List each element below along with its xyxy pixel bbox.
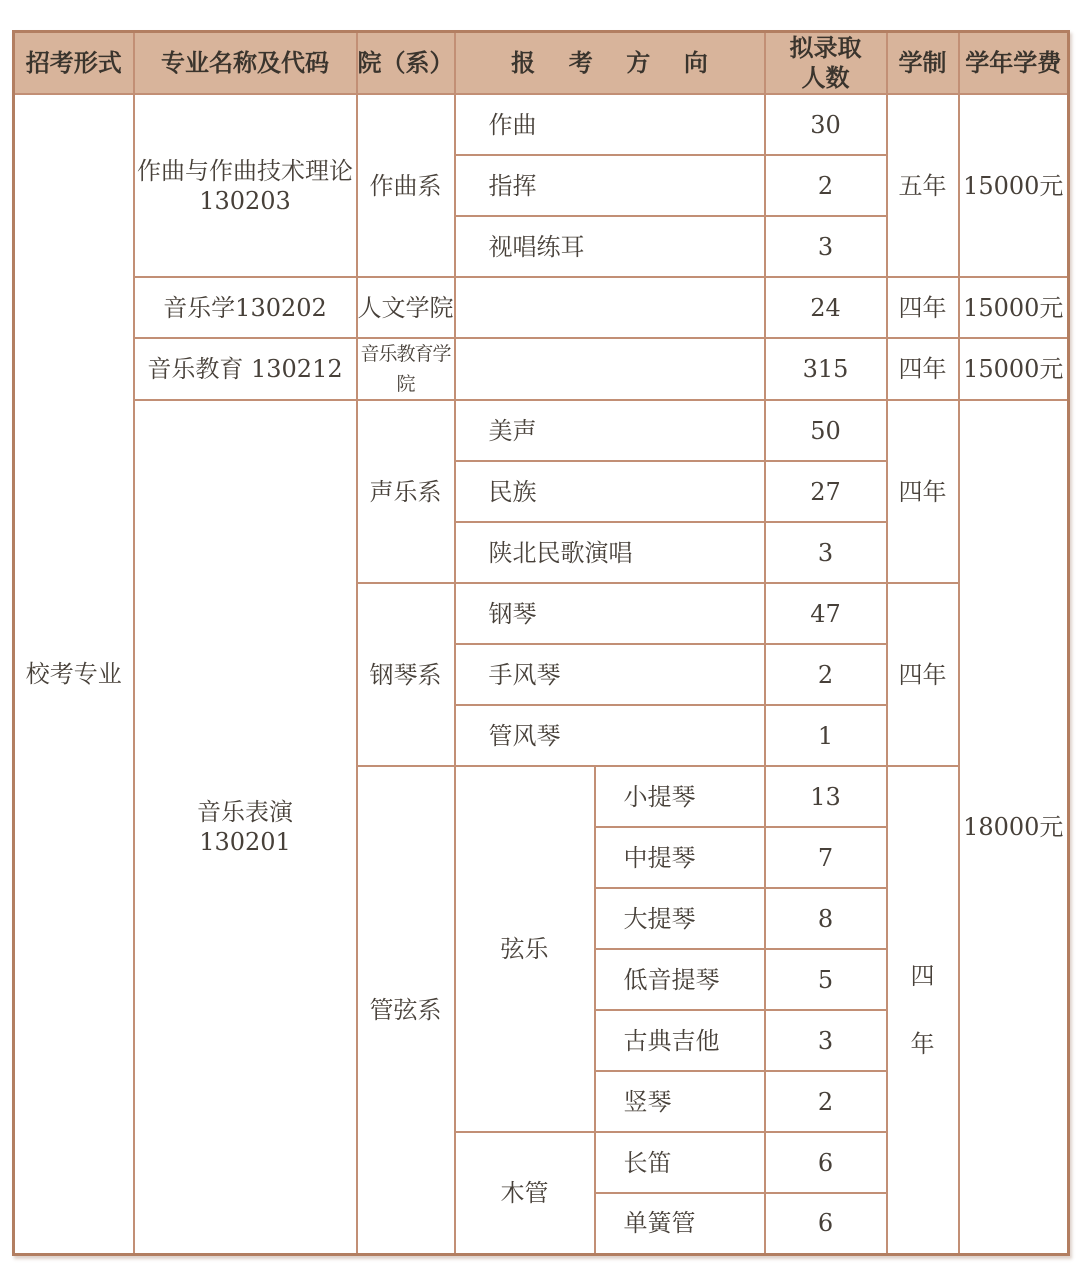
- table-row: 音乐表演 130201 声乐系 美声 50 四年 18000元: [14, 400, 1069, 461]
- table-row: 音乐学130202 人文学院 24 四年 15000元: [14, 277, 1069, 338]
- header-direction-label: 报考方向: [511, 49, 741, 77]
- cell-major-music-education: 音乐教育 130212: [134, 338, 357, 400]
- header-admission-form: 招考形式: [14, 32, 134, 95]
- cell-count: 315: [765, 338, 887, 400]
- cell-direction: 美声: [455, 400, 765, 461]
- table-row: 音乐教育 130212 音乐教育学院 315 四年 15000元: [14, 338, 1069, 400]
- cell-count: 27: [765, 461, 887, 522]
- header-tuition: 学年学费: [959, 32, 1069, 95]
- cell-direction: 低音提琴: [595, 949, 765, 1010]
- header-department: 院（系）: [357, 32, 455, 95]
- cell-count: 24: [765, 277, 887, 338]
- cell-department-music-education: 音乐教育学院: [357, 338, 455, 400]
- cell-admission-form: 校考专业: [14, 94, 134, 1254]
- major-name: 作曲与作曲技术理论: [135, 156, 356, 186]
- cell-department-composition: 作曲系: [357, 94, 455, 277]
- major-name: 音乐表演: [135, 797, 356, 827]
- cell-direction: 视唱练耳: [455, 216, 765, 277]
- major-code: 130201: [135, 827, 356, 857]
- cell-count: 7: [765, 827, 887, 888]
- cell-direction: 大提琴: [595, 888, 765, 949]
- cell-direction: 手风琴: [455, 644, 765, 705]
- cell-direction: 管风琴: [455, 705, 765, 766]
- cell-direction: 民族: [455, 461, 765, 522]
- cell-direction: 陕北民歌演唱: [455, 522, 765, 583]
- page: 招考形式 专业名称及代码 院（系） 报考方向 拟录取 人数 学制 学年学费 校考…: [0, 0, 1080, 1256]
- cell-direction: 古典吉他: [595, 1010, 765, 1071]
- header-row: 招考形式 专业名称及代码 院（系） 报考方向 拟录取 人数 学制 学年学费: [14, 32, 1069, 95]
- cell-direction: 中提琴: [595, 827, 765, 888]
- major-code: 130203: [135, 186, 356, 216]
- cell-major-musicology: 音乐学130202: [134, 277, 357, 338]
- table-row: 校考专业 作曲与作曲技术理论 130203 作曲系 作曲 30 五年 15000…: [14, 94, 1069, 155]
- cell-duration-composition: 五年: [887, 94, 959, 277]
- cell-direction: 竖琴: [595, 1071, 765, 1132]
- cell-direction: 作曲: [455, 94, 765, 155]
- header-direction: 报考方向: [455, 32, 765, 95]
- cell-tuition-composition: 15000元: [959, 94, 1069, 277]
- duration-line1: 四: [888, 963, 958, 989]
- cell-major-performance: 音乐表演 130201: [134, 400, 357, 1254]
- cell-department-piano: 钢琴系: [357, 583, 455, 766]
- cell-count: 3: [765, 1010, 887, 1071]
- cell-tuition-musicology: 15000元: [959, 277, 1069, 338]
- cell-department-musicology: 人文学院: [357, 277, 455, 338]
- cell-direction: 指挥: [455, 155, 765, 216]
- cell-duration-music-education: 四年: [887, 338, 959, 400]
- cell-subgroup-woodwind: 木管: [455, 1132, 595, 1254]
- cell-tuition-performance: 18000元: [959, 400, 1069, 1254]
- cell-count: 3: [765, 216, 887, 277]
- cell-department-vocal: 声乐系: [357, 400, 455, 583]
- cell-direction-empty: [455, 338, 765, 400]
- cell-direction-empty: [455, 277, 765, 338]
- cell-count: 13: [765, 766, 887, 827]
- cell-count: 47: [765, 583, 887, 644]
- cell-count: 30: [765, 94, 887, 155]
- cell-major-composition: 作曲与作曲技术理论 130203: [134, 94, 357, 277]
- cell-count: 8: [765, 888, 887, 949]
- cell-duration-orchestra: 四 年: [887, 766, 959, 1254]
- admissions-table: 招考形式 专业名称及代码 院（系） 报考方向 拟录取 人数 学制 学年学费 校考…: [12, 30, 1070, 1256]
- cell-subgroup-strings: 弦乐: [455, 766, 595, 1132]
- cell-duration-musicology: 四年: [887, 277, 959, 338]
- header-duration: 学制: [887, 32, 959, 95]
- header-planned-count-line2: 人数: [766, 63, 886, 93]
- cell-count: 2: [765, 155, 887, 216]
- cell-direction: 小提琴: [595, 766, 765, 827]
- cell-count: 6: [765, 1193, 887, 1254]
- cell-count: 1: [765, 705, 887, 766]
- cell-direction: 单簧管: [595, 1193, 765, 1254]
- cell-duration-piano: 四年: [887, 583, 959, 766]
- cell-count: 5: [765, 949, 887, 1010]
- cell-count: 3: [765, 522, 887, 583]
- duration-line2: 年: [888, 1031, 958, 1057]
- cell-duration-vocal: 四年: [887, 400, 959, 583]
- cell-department-orchestra: 管弦系: [357, 766, 455, 1254]
- cell-count: 50: [765, 400, 887, 461]
- cell-count: 6: [765, 1132, 887, 1193]
- cell-tuition-music-education: 15000元: [959, 338, 1069, 400]
- header-planned-count-line1: 拟录取: [766, 33, 886, 63]
- cell-direction: 钢琴: [455, 583, 765, 644]
- cell-count: 2: [765, 1071, 887, 1132]
- header-major: 专业名称及代码: [134, 32, 357, 95]
- cell-direction: 长笛: [595, 1132, 765, 1193]
- header-planned-count: 拟录取 人数: [765, 32, 887, 95]
- cell-count: 2: [765, 644, 887, 705]
